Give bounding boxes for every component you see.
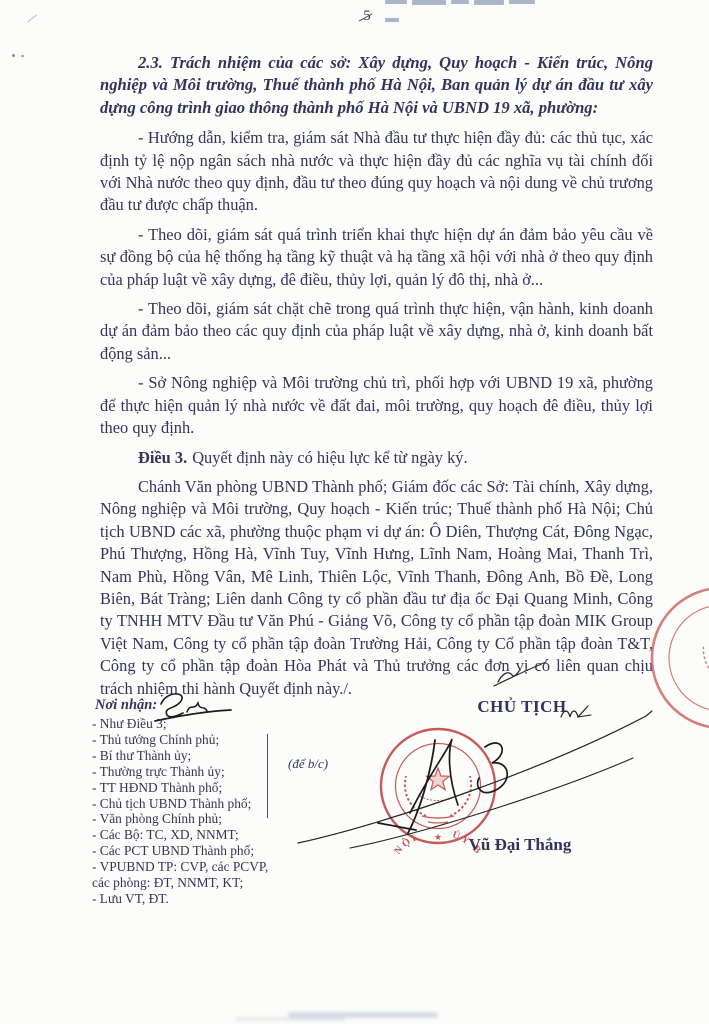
article-3-label: Điều 3. xyxy=(138,448,187,467)
article-3-text: Quyết định này có hiệu lực kể từ ngày ký… xyxy=(192,448,467,467)
scanned-document-page: 5 2.3. Trách nhiệm của các sở: Xây dựng,… xyxy=(0,0,709,1024)
recipient-item: - Các PCT UBND Thành phố; xyxy=(92,843,282,859)
recipient-item: - Văn phòng Chính phủ; xyxy=(92,811,282,827)
scan-speck xyxy=(12,54,15,57)
signature xyxy=(270,655,709,855)
section-heading: 2.3. Trách nhiệm của các sở: Xây dựng, Q… xyxy=(100,52,653,119)
recipient-item: - Như Điều 3; xyxy=(92,716,282,732)
scan-artifact-top xyxy=(385,0,555,6)
article-3-line: Điều 3.Quyết định này có hiệu lực kể từ … xyxy=(100,447,653,469)
recipient-item: - TT HĐND Thành phố; xyxy=(92,780,282,796)
recipients-list: - Như Điều 3;- Thủ tướng Chính phủ;- Bí … xyxy=(92,716,282,907)
body-paragraph: - Theo dõi, giám sát quá trình triển kha… xyxy=(100,224,653,291)
bc-bracket-line xyxy=(267,734,268,818)
body-paragraph: - Hướng dẫn, kiểm tra, giám sát Nhà đầu … xyxy=(100,127,653,217)
recipient-item: - Các Bộ: TC, XD, NNMT; xyxy=(92,827,282,843)
recipient-item: - VPUBND TP: CVP, các PCVP, xyxy=(92,859,282,875)
signer-name: Vũ Đại Thắng xyxy=(438,835,602,855)
scan-speck xyxy=(27,14,37,22)
body-paragraphs: - Hướng dẫn, kiểm tra, giám sát Nhà đầu … xyxy=(100,127,653,439)
body-paragraph: - Theo dõi, giám sát chặt chẽ trong quá … xyxy=(100,298,653,365)
recipient-item: - Thủ tướng Chính phủ; xyxy=(92,732,282,748)
recipient-item: các phòng: ĐT, NNMT, KT; xyxy=(92,875,282,891)
scan-speck xyxy=(21,55,24,57)
scan-artifact-bottom-2 xyxy=(235,1017,345,1021)
body-paragraph: - Sở Nông nghiệp và Môi trường chủ trì, … xyxy=(100,372,653,439)
recipient-item: - Lưu VT, ĐT. xyxy=(92,891,282,907)
document-body: 2.3. Trách nhiệm của các sở: Xây dựng, Q… xyxy=(100,52,653,700)
recipient-item: - Thường trực Thành ủy; xyxy=(92,764,282,780)
recipient-item: - Chủ tịch UBND Thành phố; xyxy=(92,796,282,812)
recipient-item: - Bí thư Thành ủy; xyxy=(92,748,282,764)
